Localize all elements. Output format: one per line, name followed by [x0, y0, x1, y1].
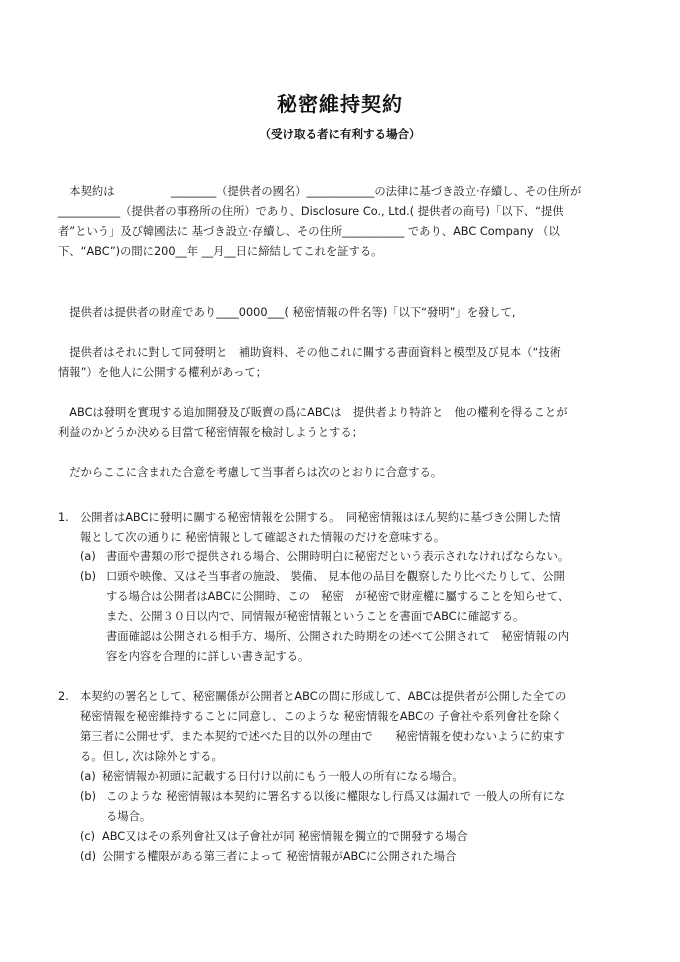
recital-rights-line-1: 提供者はそれに對して同發明と 補助資料、その他これに關する書面資料と模型及び見本… — [58, 346, 561, 360]
recital-agreement: だからここに含まれた合意を考慮して当事者らは次のとおりに合意する。 — [58, 466, 442, 480]
clause-2a-text: 秘密情報か初頭に記載する日付け以前にもう一般人の所有になる場合。 — [102, 770, 464, 784]
preamble-line-4: 下、“ABC”)の間に200__年 __月__日に締結してこれを証する。 — [58, 245, 382, 259]
clause-2b-line-1: このような 秘密情報は本契約に署名する以後に權限なし行爲又は漏れで 一般人の所有… — [106, 790, 565, 804]
clause-1-number: 1. — [58, 511, 69, 525]
document-page: 秘密維持契約 （受け取る者に有利する場合） 本契約は ________（提供者の… — [0, 0, 680, 962]
clause-1b-label: (b) — [80, 570, 96, 584]
recital-invention: 提供者は提供者の財産であり____0000___( 秘密情報の件名等)「以下“發… — [58, 306, 516, 320]
document-title: 秘密維持契約 — [0, 88, 680, 117]
clause-1b-line-3: また、公開３０日以内で、同情報が秘密情報ということを書面でABCに確認する。 — [106, 610, 524, 624]
clause-2b-label: (b) — [80, 790, 96, 804]
clause-1-line-1: 公開者はABCに發明に關する秘密情報を公開する。 同秘密情報はほん契約に基づき公… — [80, 511, 561, 525]
clause-2c-label: (c) — [80, 830, 95, 844]
clause-1b-line-2: する場合は公開者はABCに公開時、この 秘密 が秘密で財産權に屬することを知らせ… — [106, 590, 569, 604]
recital-purpose-line-1: ABCは發明を實現する追加開發及び販賣の爲にABCは 提供者より特許と 他の權利… — [58, 406, 568, 420]
clause-1b-line-1: 口頭や映像、又はそ当事者の施設、 裝備、 見本他の品目を觀察したり比べたりして、… — [106, 570, 565, 584]
document-subtitle: （受け取る者に有利する場合） — [0, 126, 680, 142]
recital-purpose-line-2: 利益のかどうか決める目當て秘密情報を檢討しようとする； — [58, 426, 363, 440]
clause-2d-label: (d) — [80, 850, 96, 864]
clause-2-number: 2. — [58, 690, 69, 704]
clause-2b-line-2: る場合。 — [106, 810, 151, 824]
clause-2c-text: ABC又はその系列會社又は子會社が同 秘密情報を獨立的で開發する場合 — [102, 830, 468, 844]
clause-1b-line-4: 書面確認は公開される相手方、場所、公開された時期をの述べて公開されて 秘密情報の… — [106, 630, 569, 644]
clause-1b-line-5: 容を内容を合理的に詳しい書き記する。 — [106, 650, 309, 664]
recital-rights-line-2: 情報”）を他人に公開する權利があって； — [58, 366, 267, 380]
clause-2d-text: 公開する權限がある第三者によって 秘密情報がABCに公開された場合 — [102, 850, 456, 864]
clause-1a-text: 書面や書類の形で提供される場合、公開時明白に秘密だという表示されなければならない… — [106, 550, 569, 564]
clause-1-line-2: 報として次の通りに 秘密情報として確認された情報のだけを意味する。 — [80, 531, 445, 545]
clause-2a-label: (a) — [80, 770, 96, 784]
preamble-line-3: 者”という」及び韓國法に 基づき設立·存續し、その住所___________ で… — [58, 225, 560, 239]
clause-1a-label: (a) — [80, 550, 96, 564]
clause-2-line-3: 第三者に公開せず、また本契約で述べた目的以外の理由で 秘密情報を使わないように約… — [80, 730, 565, 744]
clause-2-line-2: 秘密情報を秘密維持することに同意し、このような 秘密情報をABCの 子會社や系列… — [80, 710, 562, 724]
clause-2-line-1: 本契約の署名として、秘密關係が公開者とABCの間に形成して、ABCは提供者が公開… — [80, 690, 566, 704]
clause-2-line-4: る。但し, 次は除外とする。 — [80, 750, 223, 764]
preamble-line-2: ___________（提供者の事務所の住所）であり、Disclosure Co… — [58, 205, 564, 219]
preamble-line-1: 本契約は ________（提供者の國名）____________の法律に基づき… — [58, 185, 581, 199]
